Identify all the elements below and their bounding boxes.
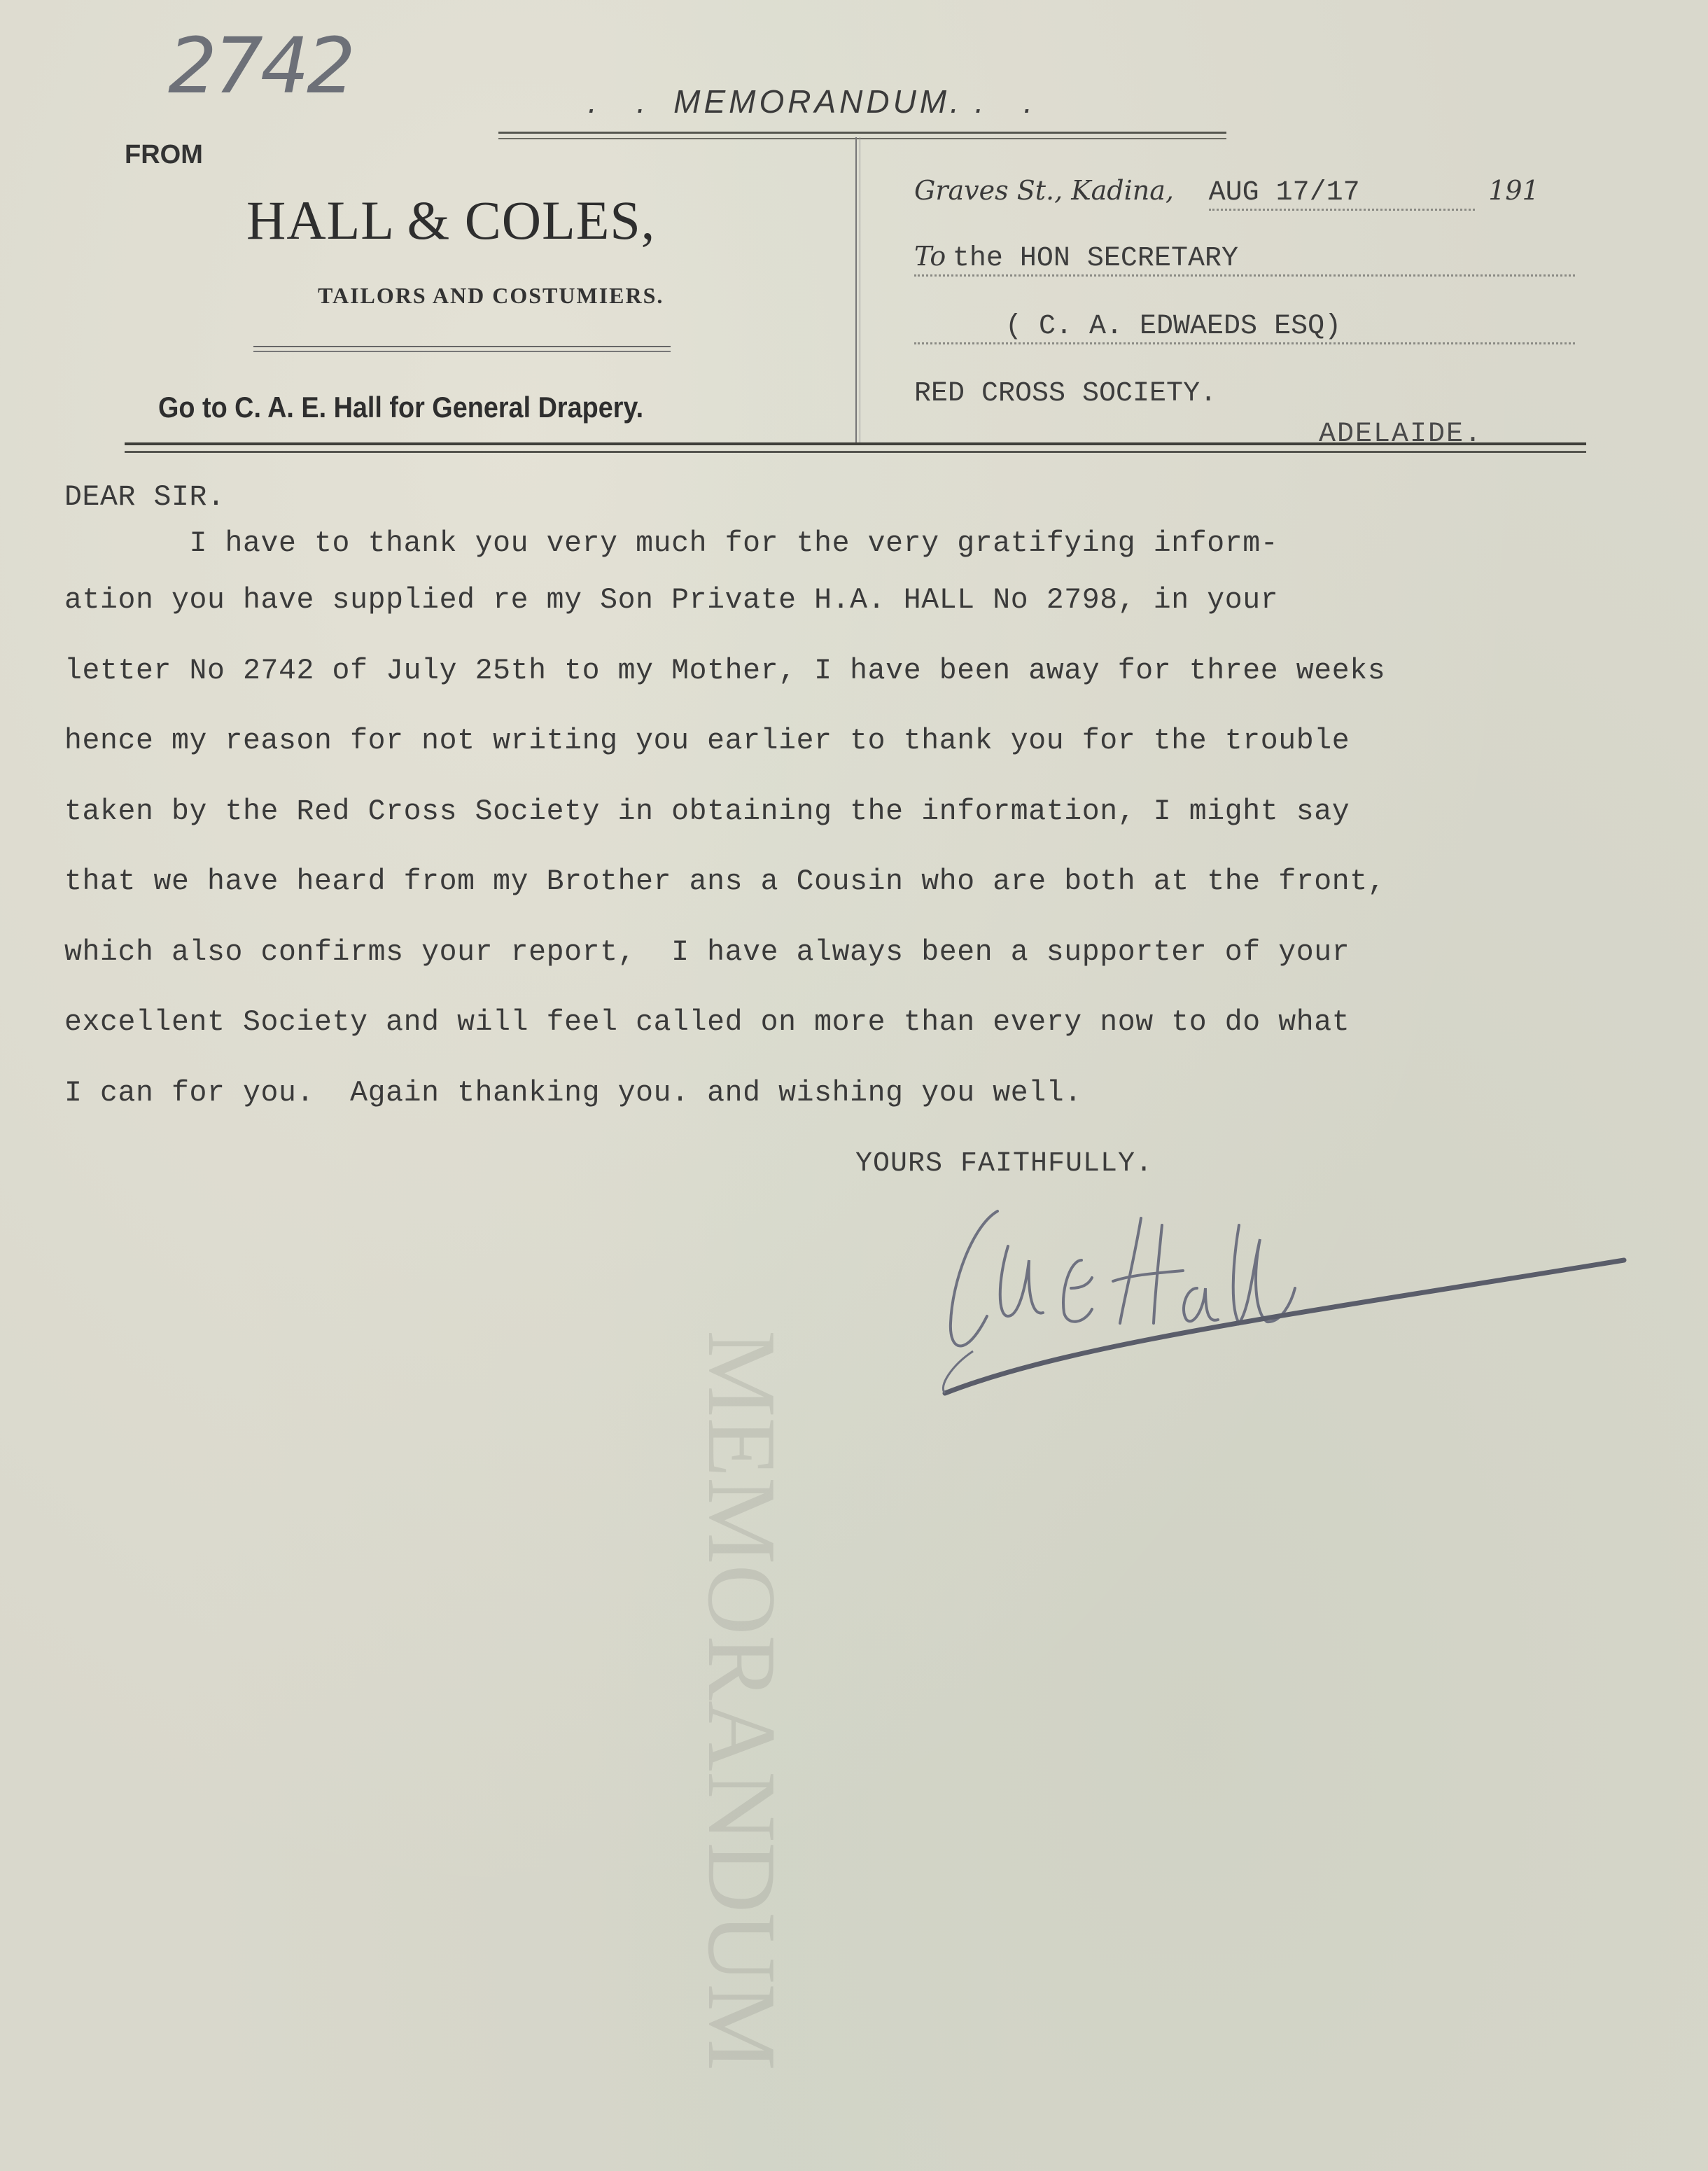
header-column-divider bbox=[855, 137, 860, 444]
body-line: taken by the Red Cross Society in obtain… bbox=[64, 777, 1646, 848]
body-line: letter No 2742 of July 25th to my Mother… bbox=[64, 636, 1646, 707]
body-line: hence my reason for not writing you earl… bbox=[64, 706, 1646, 777]
to-prefix: To bbox=[914, 241, 946, 272]
firm-name: HALL & COLES, bbox=[246, 189, 655, 252]
title-dots-left: . . bbox=[588, 83, 661, 120]
title-rule bbox=[498, 132, 1226, 139]
recipient-line-2: ( C. A. EDWAEDS ESQ) bbox=[914, 311, 1575, 344]
salutation: DEAR SIR. bbox=[64, 473, 1646, 522]
body-line: ation you have supplied re my Son Privat… bbox=[64, 566, 1646, 636]
title-text: MEMORANDUM. bbox=[673, 83, 962, 120]
recipient-line-1: To the HON SECRETARY bbox=[914, 241, 1575, 277]
recipient-title: the HON SECRETARY bbox=[953, 243, 1238, 274]
letter-body: DEAR SIR. I have to thank you very much … bbox=[64, 473, 1646, 1129]
letterhead-divider bbox=[253, 346, 671, 352]
recipient-name: ( C. A. EDWAEDS ESQ) bbox=[1005, 311, 1341, 342]
signature: C A E Hall bbox=[931, 1183, 1645, 1411]
place-printed: Graves St., Kadina, bbox=[914, 175, 1174, 206]
body-line: I have to thank you very much for the ve… bbox=[64, 522, 1646, 566]
date-typed: AUG 17/17 bbox=[1209, 177, 1475, 211]
firm-slogan: Go to C. A. E. Hall for General Drapery. bbox=[158, 391, 643, 424]
header-rule bbox=[125, 442, 1586, 453]
recipient-line-3: RED CROSS SOCIETY. bbox=[914, 378, 1575, 410]
memorandum-title: . . MEMORANDUM. . . bbox=[588, 83, 1048, 120]
body-line: which also confirms your report, I have … bbox=[64, 918, 1646, 989]
from-label: FROM bbox=[125, 140, 203, 170]
place-date-line: Graves St., Kadina, AUG 17/17 191 bbox=[914, 175, 1539, 211]
body-line: excellent Society and will feel called o… bbox=[64, 988, 1646, 1059]
body-line: that we have heard from my Brother ans a… bbox=[64, 847, 1646, 918]
body-line: I can for you. Again thanking you. and w… bbox=[64, 1059, 1646, 1129]
watermark-showthrough: MEMORANDUM bbox=[616, 1330, 798, 2100]
year-printed: 191 bbox=[1488, 175, 1539, 206]
recipient-org: RED CROSS SOCIETY. bbox=[914, 378, 1217, 410]
closing: YOURS FAITHFULLY. bbox=[855, 1148, 1153, 1180]
firm-tagline: TAILORS AND COSTUMIERS. bbox=[318, 283, 664, 309]
handwritten-file-number: 2742 bbox=[168, 21, 353, 111]
title-dots-right: . . bbox=[975, 83, 1048, 120]
signature-icon bbox=[931, 1183, 1645, 1407]
